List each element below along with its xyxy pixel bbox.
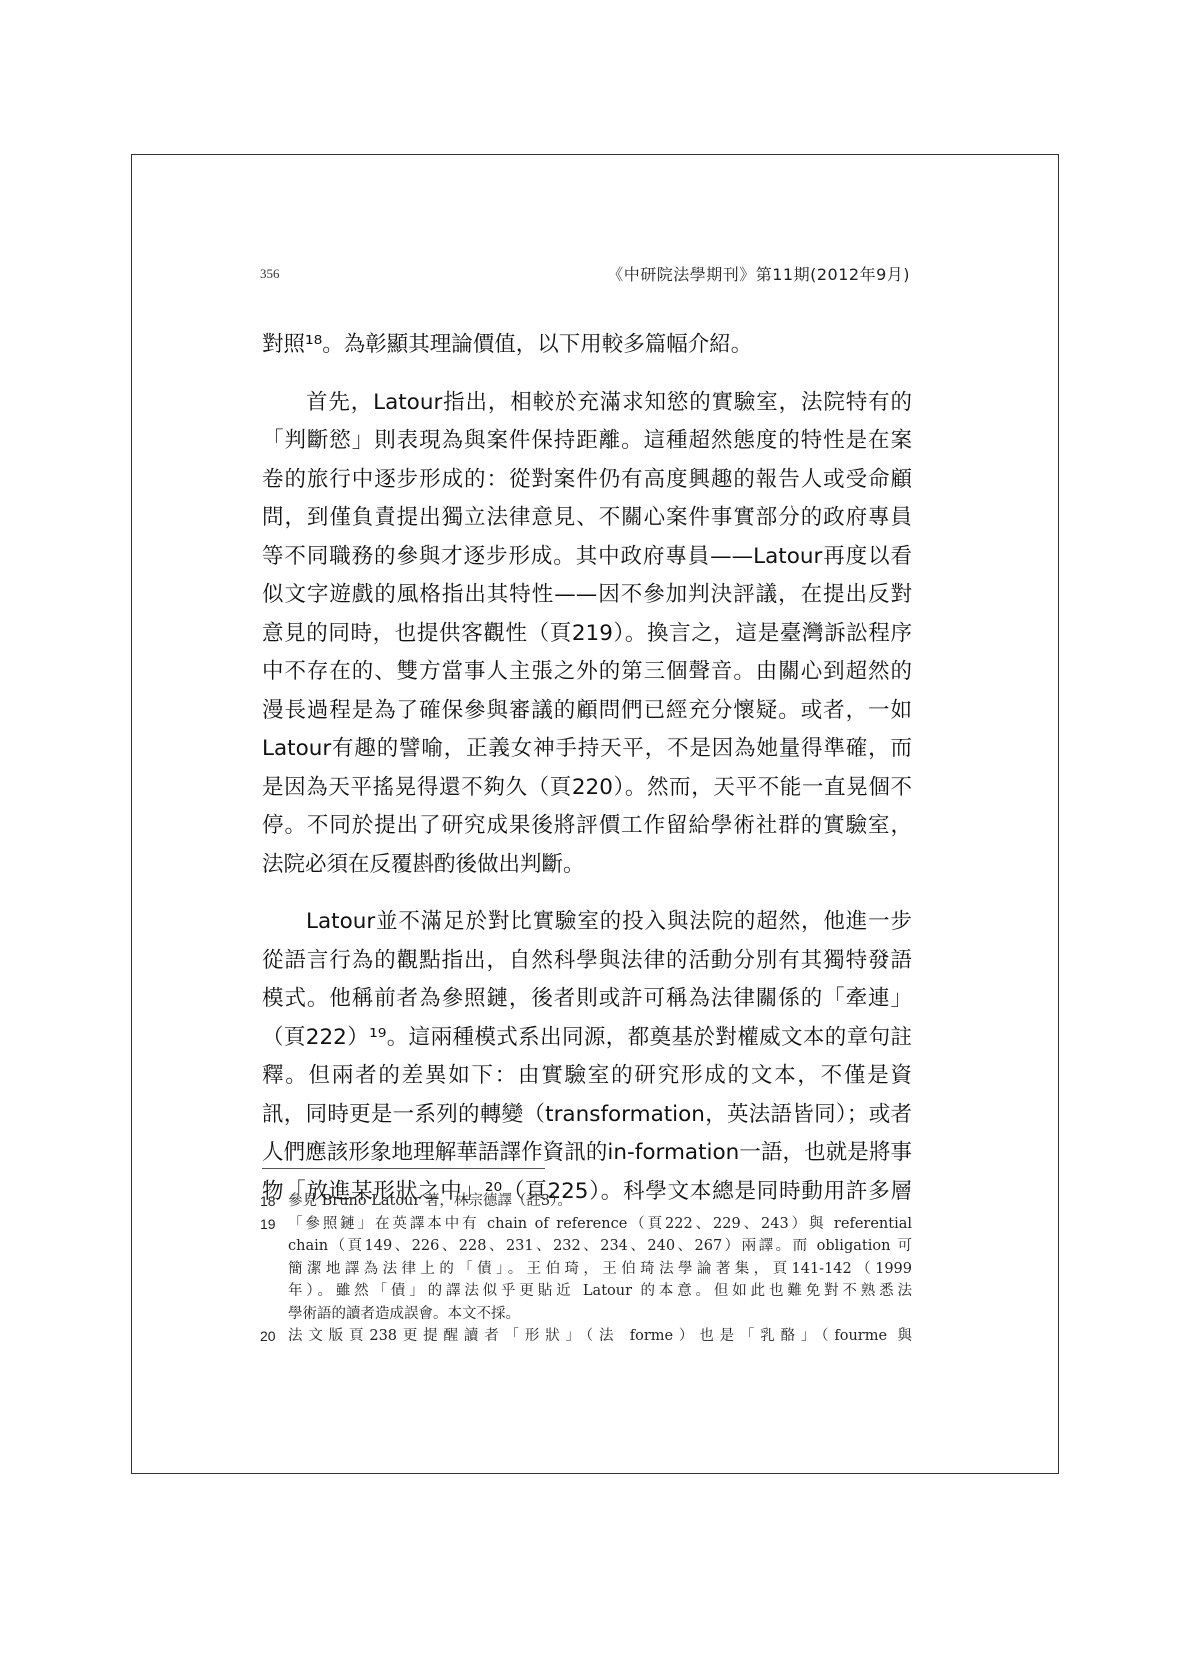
footnote-line: 法文版頁238更提醒讀者「形狀」（法 forme）也是「乳酪」（fourme 與 xyxy=(288,1325,912,1348)
footnote-number: 18 xyxy=(260,1190,276,1213)
footnote-line: 參見 Bruno Latour 著，林宗德譯（註3）。 xyxy=(288,1190,912,1213)
text-line: 意見的同時，也提供客觀性（頁219）。換言之，這是臺灣訴訟程序 xyxy=(262,615,912,654)
text-line: 中不存在的、雙方當事人主張之外的第三個聲音。由關心到超然的 xyxy=(262,653,912,692)
footnote-18: 18 參見 Bruno Latour 著，林宗德譯（註3）。 xyxy=(260,1190,912,1213)
text-line: 漫長過程是為了確保參與審議的顧問們已經充分懷疑。或者，一如 xyxy=(262,692,912,731)
footnote-19: 19 「參照鏈」在英譯本中有 chain of reference（頁222、2… xyxy=(260,1213,912,1326)
body-text: 對照¹⁸。為彰顯其理論價值，以下用較多篇幅介紹。 首先，Latour指出，相較於… xyxy=(262,326,912,1211)
text-line: 釋。但兩者的差異如下：由實驗室的研究形成的文本，不僅是資 xyxy=(262,1057,912,1096)
text-line: 從語言行為的觀點指出，自然科學與法律的活動分別有其獨特發語 xyxy=(262,942,912,981)
text-line: 卷的旅行中逐步形成的：從對案件仍有高度興趣的報告人或受命顧 xyxy=(262,461,912,500)
text-line: 停。不同於提出了研究成果後將評價工作留給學術社群的實驗室， xyxy=(262,807,912,846)
footnote-line: 「參照鏈」在英譯本中有 chain of reference（頁222、229、… xyxy=(288,1213,912,1236)
text-line: 是因為天平搖晃得還不夠久（頁220）。然而，天平不能一直晃個不 xyxy=(262,769,912,808)
running-header: 356 《中研院法學期刊》第11期(2012年9月) xyxy=(260,262,910,286)
footnote-number: 20 xyxy=(260,1325,276,1348)
footnote-line: 簡潔地譯為法律上的「債」。王伯琦，王伯琦法學論著集，頁141-142（1999 xyxy=(288,1258,912,1281)
text-line: 「判斷慾」則表現為與案件保持距離。這種超然態度的特性是在案 xyxy=(262,422,912,461)
footnote-20: 20 法文版頁238更提醒讀者「形狀」（法 forme）也是「乳酪」（fourm… xyxy=(260,1325,912,1348)
paragraph: 對照¹⁸。為彰顯其理論價值，以下用較多篇幅介紹。 xyxy=(262,326,912,365)
text-line: 法院必須在反覆斟酌後做出判斷。 xyxy=(262,846,912,885)
footnotes: 18 參見 Bruno Latour 著，林宗德譯（註3）。 19 「參照鏈」在… xyxy=(260,1190,912,1348)
text-line: 首先，Latour指出，相較於充滿求知慾的實驗室，法院特有的 xyxy=(262,384,912,423)
footnote-line: 學術語的讀者造成誤會。本文不採。 xyxy=(288,1303,912,1326)
text-line: 對照¹⁸。為彰顯其理論價值，以下用較多篇幅介紹。 xyxy=(262,326,912,365)
text-line: 問，到僅負責提出獨立法律意見、不關心案件事實部分的政府專員 xyxy=(262,499,912,538)
footnote-line: 年）。雖然「債」的譯法似乎更貼近 Latour 的本意。但如此也難免對不熟悉法 xyxy=(288,1280,912,1303)
paragraph: 首先，Latour指出，相較於充滿求知慾的實驗室，法院特有的 「判斷慾」則表現為… xyxy=(262,384,912,885)
footnote-separator xyxy=(262,1168,545,1169)
text-line: Latour並不滿足於對比實驗室的投入與法院的超然，他進一步 xyxy=(262,903,912,942)
text-line: 似文字遊戲的風格指出其特性——因不參加判決評議，在提出反對 xyxy=(262,576,912,615)
text-line: 人們應該形象地理解華語譯作資訊的in-formation一語，也就是將事 xyxy=(262,1134,912,1173)
paragraph: Latour並不滿足於對比實驗室的投入與法院的超然，他進一步 從語言行為的觀點指… xyxy=(262,903,912,1211)
text-line: （頁222）¹⁹。這兩種模式系出同源，都奠基於對權威文本的章句註 xyxy=(262,1019,912,1058)
text-line: 訊，同時更是一系列的轉變（transformation，英法語皆同）；或者 xyxy=(262,1096,912,1135)
page-number: 356 xyxy=(260,266,280,282)
journal-title: 《中研院法學期刊》第11期(2012年9月) xyxy=(607,262,910,285)
text-line: Latour有趣的譬喻，正義女神手持天平，不是因為她量得準確，而 xyxy=(262,730,912,769)
text-line: 模式。他稱前者為參照鏈，後者則或許可稱為法律關係的「牽連」 xyxy=(262,980,912,1019)
text-line: 等不同職務的參與才逐步形成。其中政府專員——Latour再度以看 xyxy=(262,538,912,577)
footnote-line: chain（頁149、226、228、231、232、234、240、267）兩… xyxy=(288,1235,912,1258)
footnote-number: 19 xyxy=(260,1213,276,1236)
